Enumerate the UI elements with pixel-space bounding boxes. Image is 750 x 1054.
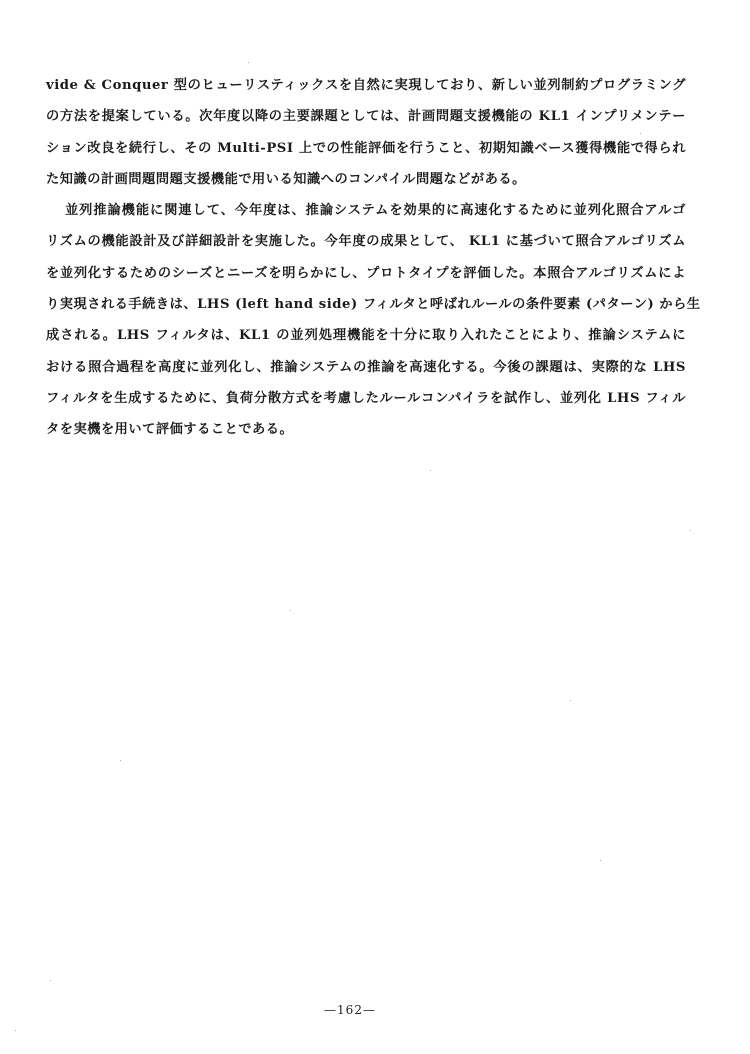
scan-speck [690, 530, 691, 531]
text-line: フィルタを生成するために、負荷分散方式を考慮したルールコンパイラを試作し、並列化… [46, 383, 686, 414]
scan-speck [640, 133, 641, 134]
body-text: vide & Conquer 型のヒューリスティックスを自然に実現しており、新し… [46, 70, 686, 446]
document-page: vide & Conquer 型のヒューリスティックスを自然に実現しており、新し… [0, 0, 750, 1054]
paragraph-2: 並列推論機能に関連して、今年度は、推論システムを効果的に高速化するために並列化照… [46, 195, 686, 445]
text-line: の方法を提案している。次年度以降の主要課題としては、計画問題支援機能の KL1 … [46, 101, 686, 132]
text-line: ション改良を続行し、その Multi-PSI 上での性能評価を行うこと、初期知識… [46, 133, 686, 164]
scan-speck [15, 1030, 16, 1031]
scan-speck [248, 62, 249, 63]
text-line: り実現される手続きは、LHS (left hand side) フィルタと呼ばれ… [46, 289, 686, 320]
text-line: 成される。LHS フィルタは、KL1 の並列処理機能を十分に取り入れたことにより… [46, 320, 686, 351]
scan-speck [600, 860, 601, 861]
text-line: た知識の計画問題問題支援機能で用いる知識へのコンパイル問題などがある。 [46, 164, 686, 195]
scan-speck [570, 700, 571, 701]
text-line: おける照合過程を高度に並列化し、推論システムの推論を高速化する。今後の課題は、実… [46, 352, 686, 383]
text-line: タを実機を用いて評価することである。 [46, 414, 686, 445]
text-line: リズムの機能設計及び詳細設計を実施した。今年度の成果として、 KL1 に基づいて… [46, 226, 686, 257]
scan-speck [120, 760, 121, 761]
scan-speck [290, 610, 291, 611]
scan-speck [430, 470, 431, 471]
paragraph-1: vide & Conquer 型のヒューリスティックスを自然に実現しており、新し… [46, 70, 686, 195]
text-line: を並列化するためのシーズとニーズを明らかにし、プロトタイプを評価した。本照合アル… [46, 258, 686, 289]
text-line: 並列推論機能に関連して、今年度は、推論システムを効果的に高速化するために並列化照… [46, 195, 686, 226]
page-number: —162— [0, 1003, 700, 1017]
scan-speck [50, 980, 51, 981]
text-line: vide & Conquer 型のヒューリスティックスを自然に実現しており、新し… [46, 70, 686, 101]
